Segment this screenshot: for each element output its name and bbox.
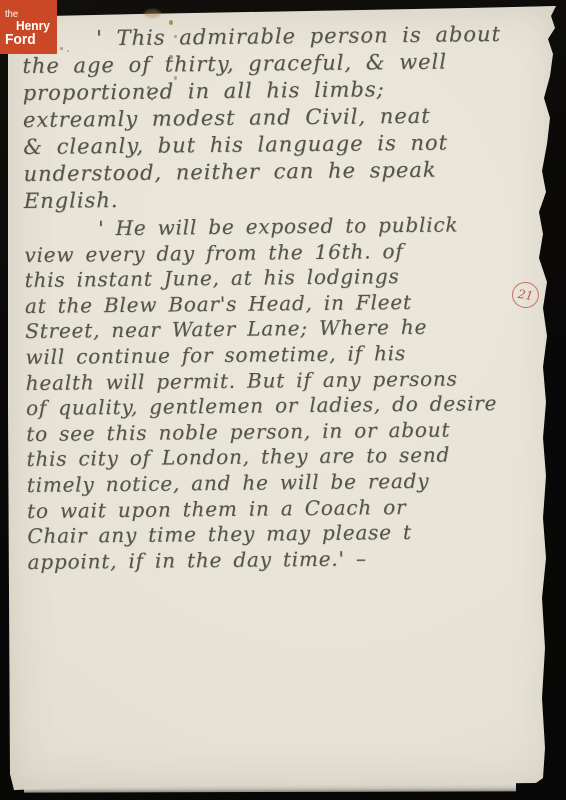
foxing-spot — [169, 20, 173, 25]
manuscript-text: ' This admirable person is aboutthe age … — [22, 21, 546, 576]
stain — [144, 9, 161, 18]
pencil-mark — [67, 50, 69, 52]
manuscript-line: English. — [24, 183, 542, 215]
pencil-mark — [147, 86, 150, 89]
pencil-mark — [151, 98, 153, 101]
paragraph: ' This admirable person is aboutthe age … — [22, 21, 542, 215]
foxing-spot — [174, 76, 177, 80]
logo-word-ford: Ford — [5, 31, 36, 48]
pencil-mark — [60, 47, 63, 50]
manuscript-line: ' This admirable person is about — [22, 21, 540, 53]
manuscript-line: appoint, if in the day time.' – — [27, 544, 545, 575]
photo-mount: ' This admirable person is aboutthe age … — [0, 0, 566, 800]
henry-ford-logo: the Henry Ford — [0, 0, 57, 54]
page-number: 21 — [517, 288, 534, 302]
foxing-spot — [169, 55, 173, 59]
manuscript-page: ' This admirable person is aboutthe age … — [8, 6, 557, 790]
manuscript-line: of quality, gentlemen or ladies, do desi… — [26, 391, 544, 422]
paragraph: ' He will be exposed to publickview ever… — [24, 212, 546, 576]
foxing-spot — [174, 35, 177, 38]
